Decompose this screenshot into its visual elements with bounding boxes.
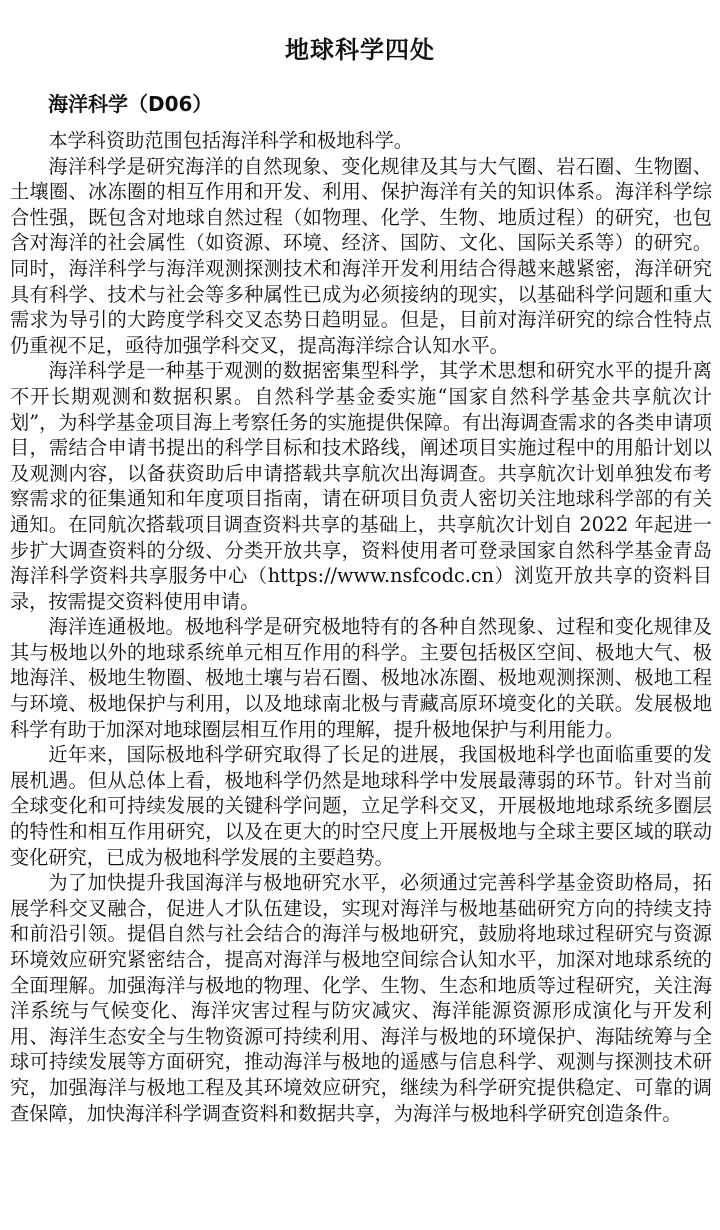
paragraph-shared-cruise: 海洋科学是一种基于观测的数据密集型科学，其学术思想和研究水平的提升离不开长期观测… bbox=[10, 358, 712, 614]
document-page: 地球科学四处 海洋科学（D06） 本学科资助范围包括海洋科学和极地科学。 海洋科… bbox=[0, 0, 720, 1230]
paragraph-scope: 本学科资助范围包括海洋科学和极地科学。 bbox=[10, 128, 712, 154]
paragraph-polar-trends: 近年来，国际极地科学研究取得了长足的进展，我国极地科学也面临重要的发展机遇。但从… bbox=[10, 742, 712, 870]
paragraph-ocean-science: 海洋科学是研究海洋的自然现象、变化规律及其与大气圈、岩石圈、生物圈、土壤圈、冰冻… bbox=[10, 154, 712, 359]
document-body: 本学科资助范围包括海洋科学和极地科学。 海洋科学是研究海洋的自然现象、变化规律及… bbox=[10, 128, 712, 1126]
paragraph-polar-science: 海洋连通极地。极地科学是研究极地特有的各种自然现象、过程和变化规律及其与极地以外… bbox=[10, 614, 712, 742]
section-heading: 海洋科学（D06） bbox=[48, 88, 212, 117]
paragraph-funding-strategy: 为了加快提升我国海洋与极地研究水平，必须通过完善科学基金资助格局，拓展学科交叉融… bbox=[10, 870, 712, 1126]
page-title: 地球科学四处 bbox=[0, 30, 720, 65]
